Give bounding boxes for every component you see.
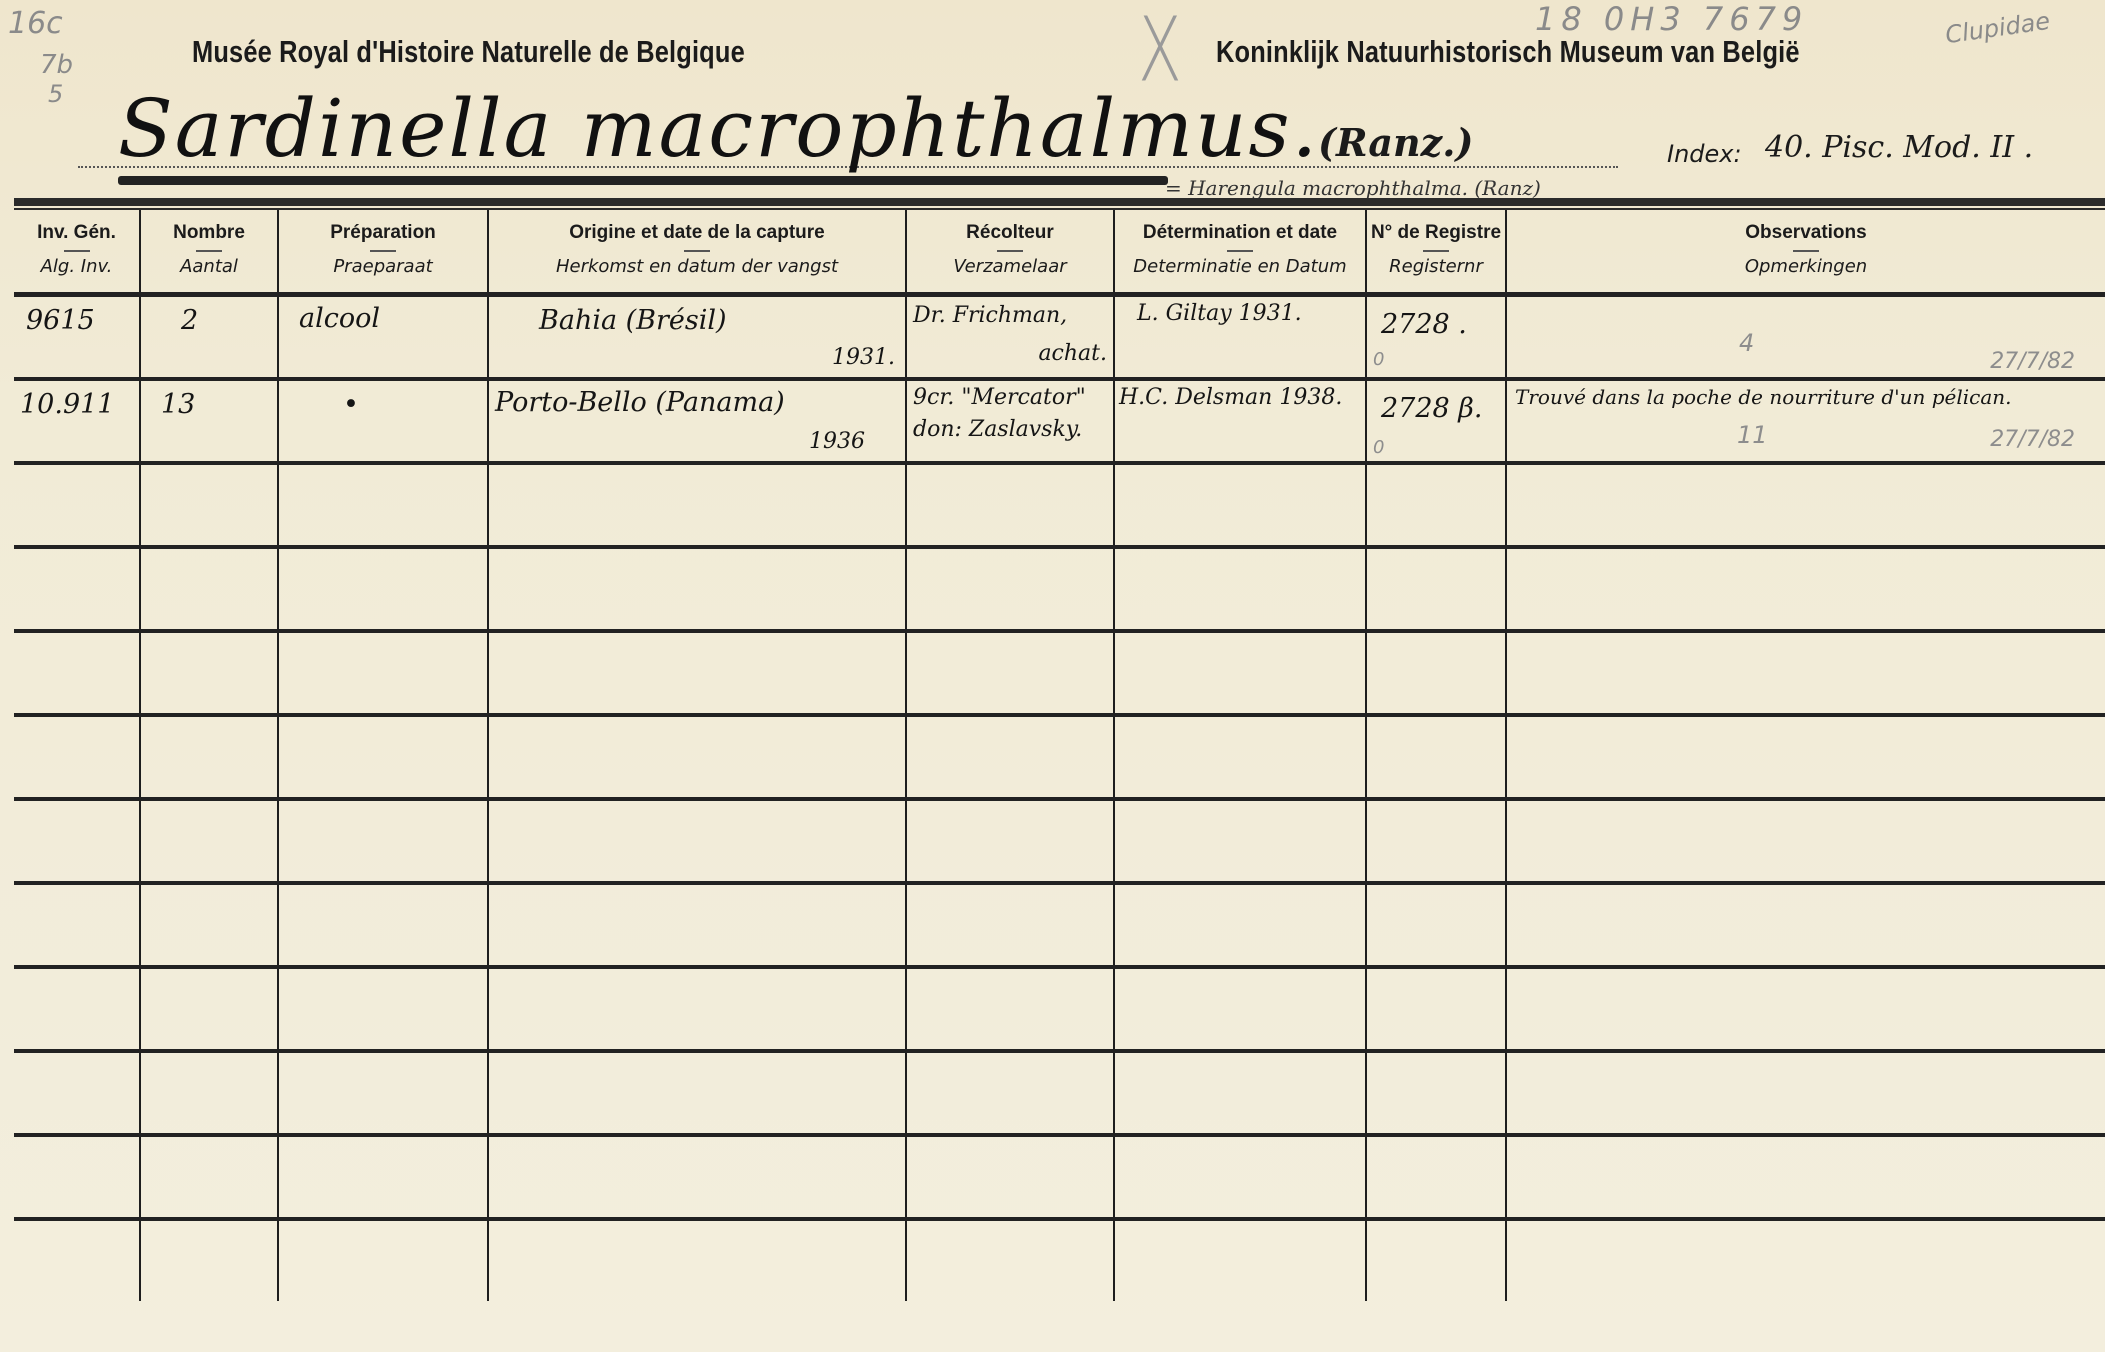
col-header-observations: ObservationsOpmerkingen <box>1506 210 2105 295</box>
col-header-origine: Origine et date de la captureHerkomst en… <box>488 210 906 295</box>
index-label: Index: <box>1667 140 1742 168</box>
cell-inv: 10.911 <box>14 379 140 463</box>
synonym-note: = Harengula macrophthalma. (Ranz) <box>1165 176 1541 200</box>
table-row: 9615 2 alcool Bahia (Brésil)1931. Dr. Fr… <box>14 295 2105 380</box>
table-row-empty <box>14 547 2105 631</box>
col-header-recolteur: RécolteurVerzamelaar <box>906 210 1114 295</box>
species-name: Sardinella macrophthalmus. <box>118 82 1319 175</box>
pencil-family-name: Clupidae <box>1944 7 2052 49</box>
cell-preparation: • <box>278 379 488 463</box>
table-row: 10.911 13 • Porto-Bello (Panama)1936 9cr… <box>14 379 2105 463</box>
pencil-note-5: 5 <box>48 80 63 108</box>
cell-determination: H.C. Delsman 1938. <box>1114 379 1366 463</box>
table-row-empty <box>14 1135 2105 1219</box>
col-header-nombre: NombreAantal <box>140 210 278 295</box>
pencil-note-16c: 16c <box>8 6 63 41</box>
museum-header-dutch: Koninklijk Natuurhistorisch Museum van B… <box>1216 34 1800 70</box>
table-row-empty <box>14 1051 2105 1135</box>
cell-nombre: 2 <box>140 295 278 380</box>
cell-recolteur: Dr. Frichman,achat. <box>906 295 1114 380</box>
cell-nombre: 13 <box>140 379 278 463</box>
cell-observations: Trouvé dans la poche de nourriture d'un … <box>1506 379 2105 463</box>
table-row-empty <box>14 883 2105 967</box>
col-header-inv: Inv. Gén.Alg. Inv. <box>14 210 140 295</box>
cell-origine: Bahia (Brésil)1931. <box>488 295 906 380</box>
col-header-preparation: PréparationPraeparaat <box>278 210 488 295</box>
col-header-determination: Détermination et dateDeterminatie en Dat… <box>1114 210 1366 295</box>
table-row-empty <box>14 631 2105 715</box>
cell-determination: L. Giltay 1931. <box>1114 295 1366 380</box>
museum-header-french: Musée Royal d'Histoire Naturelle de Belg… <box>192 34 745 70</box>
pencil-note-7b: 7b <box>40 50 73 80</box>
cell-preparation: alcool <box>278 295 488 380</box>
register-table: Inv. Gén.Alg. Inv. NombreAantal Préparat… <box>14 210 2105 1301</box>
index-value: 40. Pisc. Mod. II . <box>1765 130 2033 165</box>
cell-registre: 2728 β.0 <box>1366 379 1506 463</box>
table-row-empty <box>14 463 2105 547</box>
cell-inv: 9615 <box>14 295 140 380</box>
table-row-empty <box>14 715 2105 799</box>
species-underline <box>118 176 1168 185</box>
table-header-row: Inv. Gén.Alg. Inv. NombreAantal Préparat… <box>14 210 2105 295</box>
cell-registre: 2728 .0 <box>1366 295 1506 380</box>
pencil-catalog-number: 18 0H3 7679 <box>1535 0 1808 38</box>
table-top-rule <box>14 198 2105 206</box>
cell-observations: 427/7/82 <box>1506 295 2105 380</box>
species-author: (Ranz.) <box>1318 120 1473 165</box>
col-header-registre: N° de RegistreRegisternr <box>1366 210 1506 295</box>
cell-recolteur: 9cr. "Mercator"don: Zaslavsky. <box>906 379 1114 463</box>
table-row-empty <box>14 967 2105 1051</box>
table-row-empty <box>14 799 2105 883</box>
table-row-empty <box>14 1219 2105 1301</box>
cell-origine: Porto-Bello (Panama)1936 <box>488 379 906 463</box>
specimen-register-card: 16c 7b 5 X 18 0H3 7679 Clupidae Musée Ro… <box>0 0 2105 1352</box>
